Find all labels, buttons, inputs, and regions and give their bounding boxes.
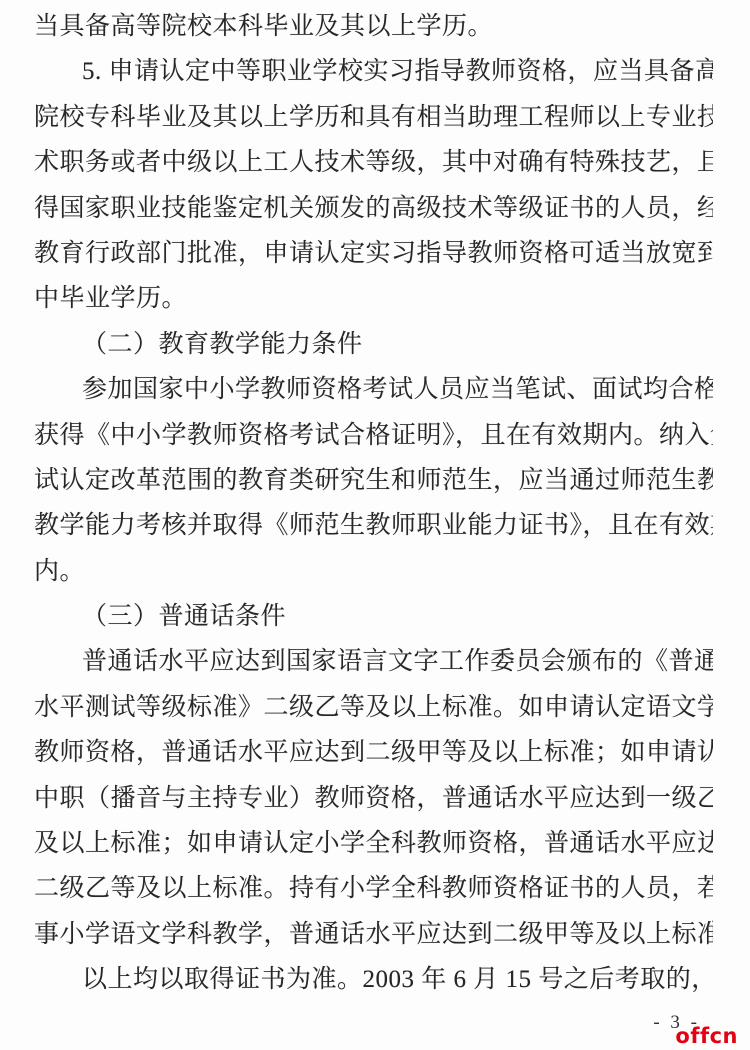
- text-line: 获得《中小学教师资格考试合格证明》，且在有效期内。纳入免: [34, 413, 713, 458]
- offcn-watermark: offcn: [675, 1024, 738, 1048]
- section-heading: （三）普通话条件: [34, 594, 713, 639]
- text-line: 院校专科毕业及其以上学历和具有相当助理工程师以上专业技: [34, 95, 713, 140]
- text-line: 普通话水平应达到国家语言文字工作委员会颁布的《普通话: [34, 639, 713, 684]
- text-line: 参加国家中小学教师资格考试人员应当笔试、面试均合格，: [34, 367, 713, 412]
- document-page: 当具备高等院校本科毕业及其以上学历。 5. 申请认定中等职业学校实习指导教师资格…: [0, 0, 750, 1050]
- document-body: 当具备高等院校本科毕业及其以上学历。 5. 申请认定中等职业学校实习指导教师资格…: [34, 4, 713, 1003]
- text-line: 内。: [34, 549, 713, 594]
- text-line: 教师资格，普通话水平应达到二级甲等及以上标准；如申请认定: [34, 730, 713, 775]
- text-line: 事小学语文学科教学，普通话水平应达到二级甲等及以上标准。: [34, 912, 713, 957]
- text-line: 教育行政部门批准，申请认定实习指导教师资格可适当放宽到高: [34, 231, 713, 276]
- text-line: 及以上标准；如申请认定小学全科教师资格，普通话水平应达到: [34, 821, 713, 866]
- text-line: 中职（播音与主持专业）教师资格，普通话水平应达到一级乙等: [34, 776, 713, 821]
- text-line: 水平测试等级标准》二级乙等及以上标准。如申请认定语文学科: [34, 685, 713, 730]
- text-line: 5. 申请认定中等职业学校实习指导教师资格，应当具备高等: [34, 49, 713, 94]
- text-line: 得国家职业技能鉴定机关颁发的高级技术等级证书的人员，经省: [34, 186, 713, 231]
- text-line: 二级乙等及以上标准。持有小学全科教师资格证书的人员，若从: [34, 866, 713, 911]
- text-line: 教学能力考核并取得《师范生教师职业能力证书》，且在有效期: [34, 503, 713, 548]
- text-line: 中毕业学历。: [34, 276, 713, 321]
- text-line: 术职务或者中级以上工人技术等级，其中对确有特殊技艺，且获: [34, 140, 713, 185]
- text-line: 试认定改革范围的教育类研究生和师范生，应当通过师范生教育: [34, 458, 713, 503]
- text-line: 当具备高等院校本科毕业及其以上学历。: [34, 4, 713, 49]
- section-heading: （二）教育教学能力条件: [34, 322, 713, 367]
- text-line: 以上均以取得证书为准。2003 年 6 月 15 号之后考取的，长: [34, 957, 713, 1002]
